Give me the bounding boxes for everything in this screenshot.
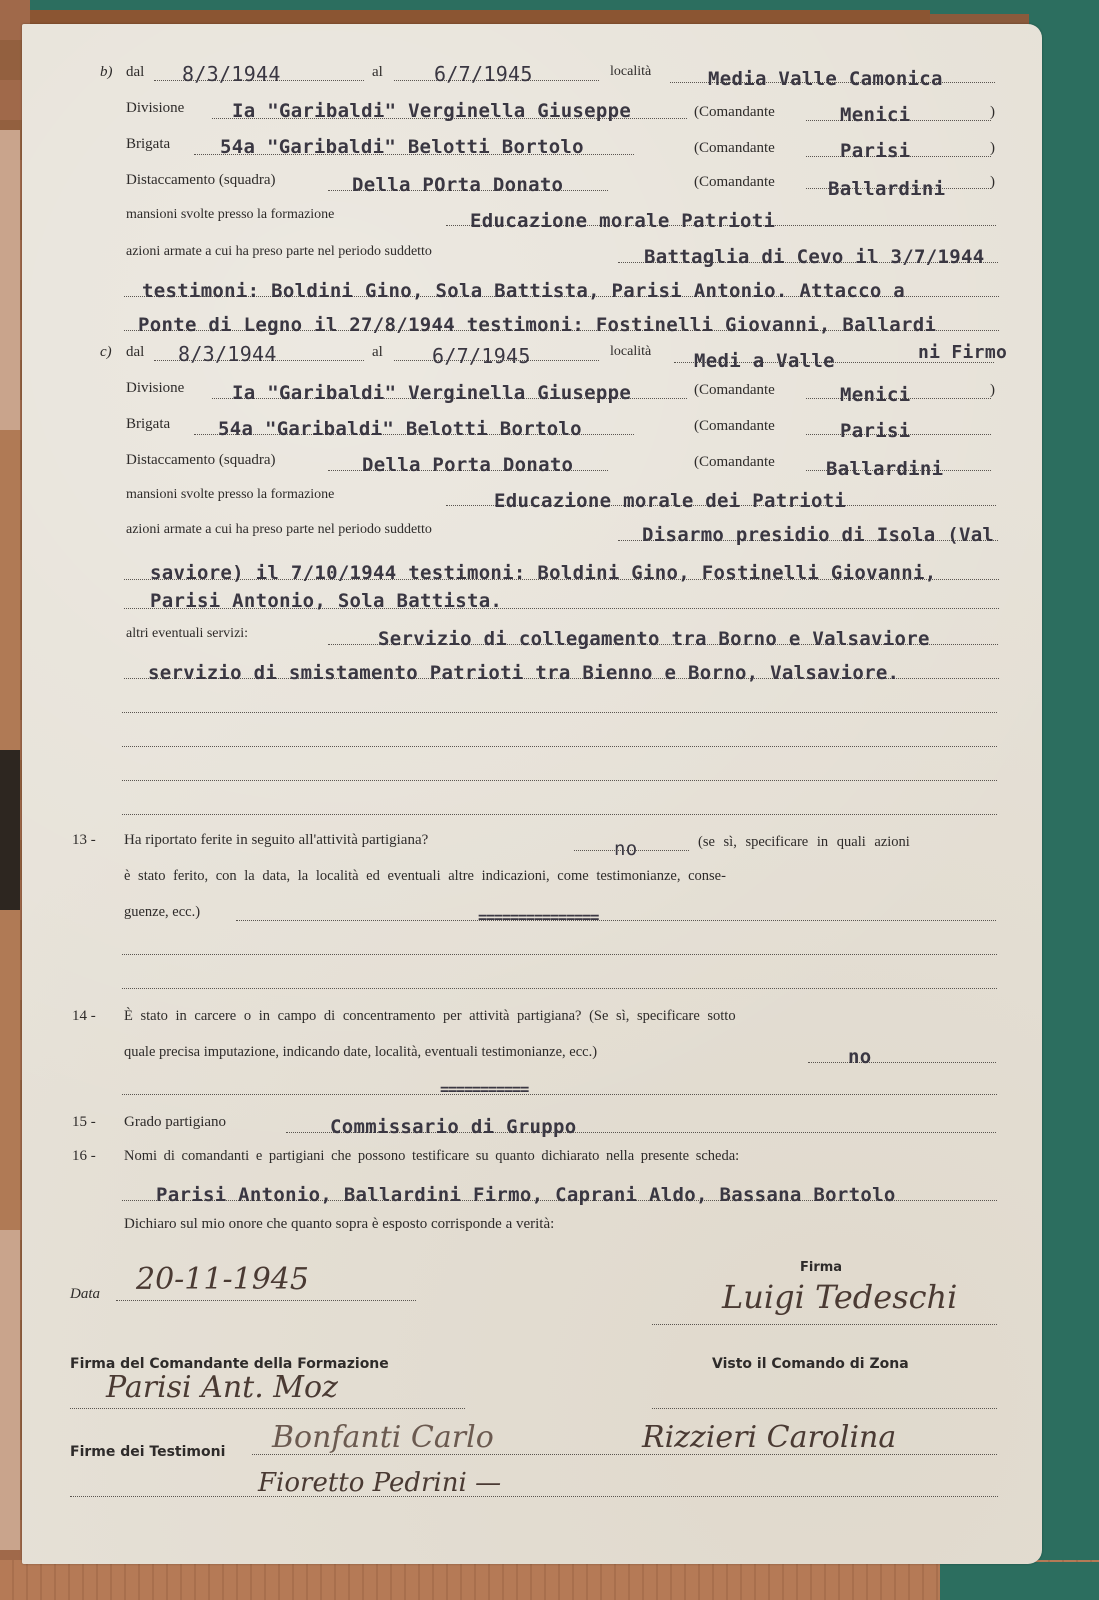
testimone-signature-3: Fioretto Pedrini — [258, 1468, 501, 1498]
close-paren: ) [990, 104, 995, 121]
firma-field-line [652, 1324, 997, 1325]
divisione-comandante-label: (Comandante [694, 104, 775, 121]
distaccamento-value: Della Porta Donato [362, 454, 573, 476]
blank-line [122, 814, 997, 815]
distaccamento-comandante-label: (Comandante [694, 454, 775, 471]
testimoni-label: Firme dei Testimoni [70, 1444, 225, 1460]
mansioni-value: Educazione morale dei Patrioti [494, 490, 846, 512]
al-label: al [372, 344, 383, 361]
localita-value: Media Valle Camonica [708, 68, 943, 90]
dal-label: dal [126, 344, 144, 361]
divisione-label: Divisione [126, 380, 184, 397]
azioni-line-1: Battaglia di Cevo il 3/7/1944 [644, 246, 984, 268]
q13-number: 13 - [72, 832, 96, 849]
azioni-line-3: Parisi Antonio, Sola Battista. [150, 590, 502, 612]
localita-value: Medi a Valle [694, 350, 835, 372]
blank-line [122, 988, 997, 989]
azioni-label: azioni armate a cui ha preso parte nel p… [126, 522, 432, 538]
brigata-comandante-value: Parisi [840, 140, 910, 162]
blank-line [122, 780, 997, 781]
azioni-line-4: ni Firmo [918, 342, 1007, 363]
altri-servizi-line-1: Servizio di collegamento tra Borno e Val… [378, 628, 930, 650]
brigata-comandante-value: Parisi [840, 420, 910, 442]
q13-answer: no [614, 838, 637, 860]
blank-line [122, 746, 997, 747]
divisione-comandante-value: Menici [840, 384, 910, 406]
azioni-line-2: saviore) il 7/10/1944 testimoni: Boldini… [150, 562, 937, 584]
distaccamento-comandante-value: Ballardini [828, 178, 945, 200]
brigata-comandante-label: (Comandante [694, 140, 775, 157]
declaration-text: Dichiaro sul mio onore che quanto sopra … [124, 1216, 554, 1233]
q16-label: Nomi di comandanti e partigiani che poss… [124, 1148, 739, 1165]
q14-line-2: quale precisa imputazione, indicando dat… [124, 1044, 597, 1061]
testimone-signature-2: Rizzieri Carolina [642, 1420, 896, 1455]
q14-question: È stato in carcere o in campo di concent… [124, 1008, 736, 1025]
q13-field-line [236, 920, 996, 921]
divisione-label: Divisione [126, 100, 184, 117]
mansioni-value: Educazione morale Patrioti [470, 210, 775, 232]
q13-instruction: (se sì, specificare in quali azioni [698, 834, 910, 851]
azioni-line-2: testimoni: Boldini Gino, Sola Battista, … [142, 280, 905, 302]
localita-label: località [610, 64, 651, 80]
q16-number: 16 - [72, 1148, 96, 1165]
dal-value: 8/3/1944 [182, 62, 281, 86]
close-paren: ) [990, 382, 995, 399]
background-teal-bottom [940, 1562, 1099, 1600]
firma-label: Firma [800, 1260, 842, 1275]
q13-line-3: guenze, ecc.) [124, 904, 200, 921]
distaccamento-value: Della POrta Donato [352, 174, 563, 196]
q14-filler: =========== [440, 1080, 528, 1098]
q13-question: Ha riportato ferite in seguito all'attiv… [124, 832, 428, 849]
comandante-signature: Parisi Ant. Moz [106, 1370, 338, 1405]
close-paren: ) [990, 174, 995, 191]
q16-value: Parisi Antonio, Ballardini Firmo, Capran… [156, 1184, 896, 1206]
blank-line [122, 712, 997, 713]
localita-label: località [610, 344, 651, 360]
mansioni-label: mansioni svolte presso la formazione [126, 487, 334, 503]
brigata-value: 54a "Garibaldi" Belotti Bortolo [220, 136, 584, 158]
zona-field-line [652, 1408, 997, 1409]
q15-label: Grado partigiano [124, 1114, 226, 1131]
q14-field-line [122, 1094, 997, 1095]
background-left-strip [0, 130, 20, 1550]
brigata-comandante-label: (Comandante [694, 418, 775, 435]
altri-servizi-line-2: servizio di smistamento Patrioti tra Bie… [148, 662, 899, 684]
section-b-marker: b) [100, 64, 113, 81]
al-label: al [372, 64, 383, 81]
dal-label: dal [126, 64, 144, 81]
divisione-comandante-label: (Comandante [694, 382, 775, 399]
brigata-label: Brigata [126, 136, 170, 153]
date-value: 20-11-1945 [136, 1262, 309, 1297]
distaccamento-comandante-label: (Comandante [694, 174, 775, 191]
altri-servizi-label: altri eventuali servizi: [126, 626, 248, 642]
comandante-field-line [70, 1408, 465, 1409]
azioni-line-1: Disarmo presidio di Isola (Val [642, 524, 994, 546]
al-value: 6/7/1945 [432, 344, 531, 368]
q13-line-2: è stato ferito, con la data, la località… [124, 868, 726, 885]
firma-signature: Luigi Tedeschi [722, 1278, 957, 1316]
al-value: 6/7/1945 [434, 62, 533, 86]
testimone-signature-1: Bonfanti Carlo [272, 1420, 494, 1455]
divisione-comandante-value: Menici [840, 104, 910, 126]
azioni-label: azioni armate a cui ha preso parte nel p… [126, 244, 432, 260]
testimoni-field-line [70, 1496, 998, 1497]
section-c-marker: c) [100, 344, 112, 361]
q13-filler: =============== [478, 908, 598, 926]
q15-value: Commissario di Gruppo [330, 1116, 577, 1138]
date-label: Data [70, 1286, 100, 1303]
dal-value: 8/3/1944 [178, 342, 277, 366]
distaccamento-comandante-value: Ballardini [826, 458, 943, 480]
close-paren: ) [990, 140, 995, 157]
azioni-line-3: Ponte di Legno il 27/8/1944 testimoni: F… [138, 314, 936, 336]
brigata-label: Brigata [126, 416, 170, 433]
divisione-value: Ia "Garibaldi" Verginella Giuseppe [232, 382, 631, 404]
background-wood-bottom [0, 1560, 1099, 1600]
mansioni-label: mansioni svolte presso la formazione [126, 207, 334, 223]
q14-number: 14 - [72, 1008, 96, 1025]
distaccamento-label: Distaccamento (squadra) [126, 452, 276, 469]
q15-number: 15 - [72, 1114, 96, 1131]
partisan-record-sheet: b) dal 8/3/1944 al 6/7/1945 località Med… [22, 24, 1042, 1564]
date-field-line [116, 1300, 416, 1301]
blank-line [122, 954, 997, 955]
divisione-value: Ia "Garibaldi" Verginella Giuseppe [232, 100, 631, 122]
distaccamento-label: Distaccamento (squadra) [126, 172, 276, 189]
zona-label: Visto il Comando di Zona [712, 1356, 909, 1372]
brigata-value: 54a "Garibaldi" Belotti Bortolo [218, 418, 582, 440]
q14-answer-line [808, 1062, 996, 1063]
q14-answer: no [848, 1046, 871, 1068]
